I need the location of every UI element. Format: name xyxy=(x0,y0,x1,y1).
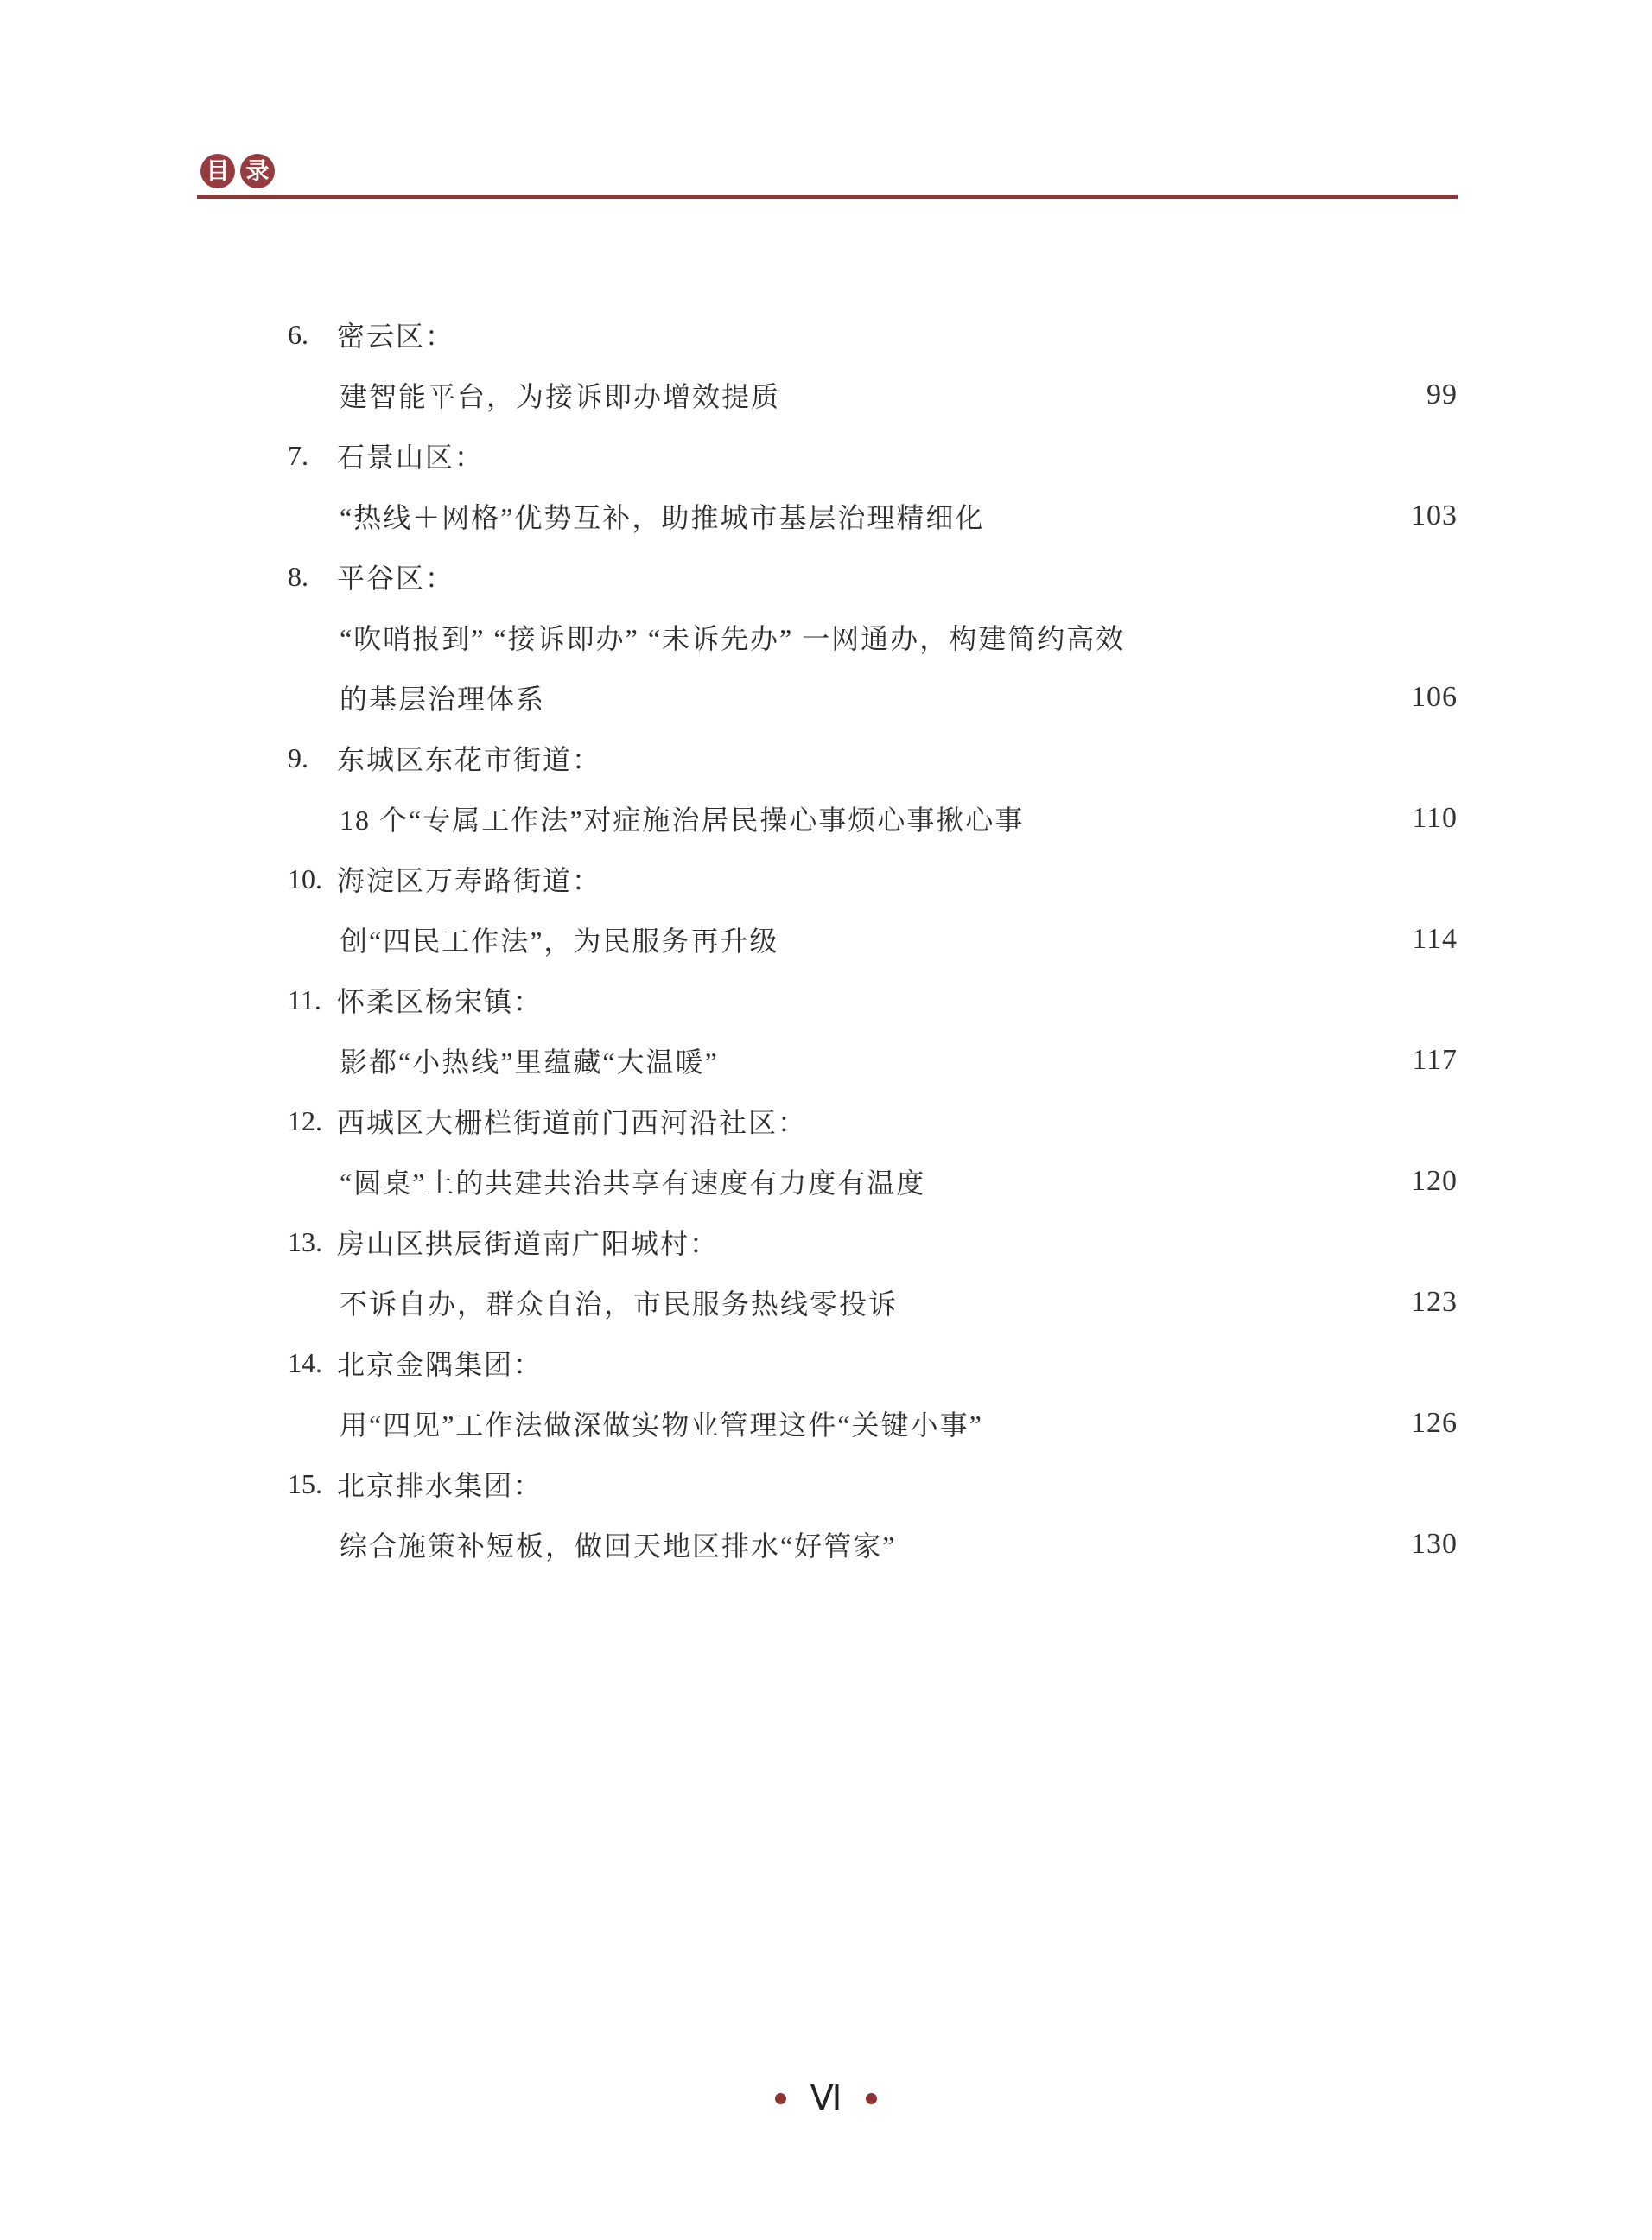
toc-entry-subtitle-row: “圆桌”上的共建共治共享有速度有力度有温度120 xyxy=(288,1151,1458,1212)
entry-page-number: 120 xyxy=(1411,1165,1458,1198)
toc-entry-title-row: 12.西城区大栅栏街道前门西河沿社区： xyxy=(288,1091,1458,1151)
footer-right-dot-icon xyxy=(866,2093,877,2104)
entry-page-number: 114 xyxy=(1412,923,1458,956)
toc-entry-subtitle-row: 18 个“专属工作法”对症施治居民操心事烦心事揪心事110 xyxy=(288,788,1458,849)
toc-entry-subtitle-row: 综合施策补短板，做回天地区排水“好管家”130 xyxy=(288,1514,1458,1575)
entry-number: 9. xyxy=(288,742,337,774)
entry-page-number: 99 xyxy=(1426,379,1458,411)
toc-entry: 12.西城区大栅栏街道前门西河沿社区：“圆桌”上的共建共治共享有速度有力度有温度… xyxy=(288,1091,1458,1212)
toc-entry: 14.北京金隅集团：用“四见”工作法做深做实物业管理这件“关键小事”126 xyxy=(288,1333,1458,1454)
toc-entry-title-row: 8.平谷区： xyxy=(288,546,1458,607)
toc-entry-subtitle-row: 创“四民工作法”，为民服务再升级114 xyxy=(288,909,1458,970)
toc-page: 目 录 6.密云区：建智能平台，为接诉即办增效提质997.石景山区：“热线＋网格… xyxy=(0,0,1652,2240)
toc-entry: 10.海淀区万寿路街道：创“四民工作法”，为民服务再升级114 xyxy=(288,849,1458,970)
entry-number: 8. xyxy=(288,561,337,593)
toc-entry-subtitle-row: 的基层治理体系106 xyxy=(288,667,1458,728)
toc-entry-title-row: 11.怀柔区杨宋镇： xyxy=(288,970,1458,1030)
entry-title: 平谷区： xyxy=(337,557,1458,596)
toc-entry-title-row: 6.密云区： xyxy=(288,304,1458,365)
entry-subtitle: 建智能平台，为接诉即办增效提质 xyxy=(340,375,1426,415)
page-footer: Ⅵ xyxy=(0,2081,1652,2116)
header-rule xyxy=(197,195,1458,199)
footer-left-dot-icon xyxy=(775,2093,786,2104)
toc-entry-title-row: 14.北京金隅集团： xyxy=(288,1333,1458,1393)
toc-entry-title-row: 13.房山区拱辰街道南广阳城村： xyxy=(288,1212,1458,1272)
entry-title: 密云区： xyxy=(337,315,1458,354)
toc-logo-char-2-icon: 录 xyxy=(240,154,275,188)
toc-entry: 15.北京排水集团：综合施策补短板，做回天地区排水“好管家”130 xyxy=(288,1454,1458,1575)
entry-subtitle: 的基层治理体系 xyxy=(340,678,1411,717)
toc-logo: 目 录 xyxy=(200,154,275,188)
entry-page-number: 130 xyxy=(1411,1528,1458,1561)
entry-title: 海淀区万寿路街道： xyxy=(337,859,1458,899)
toc-entry: 7.石景山区：“热线＋网格”优势互补，助推城市基层治理精细化103 xyxy=(288,425,1458,546)
entry-title: 北京排水集团： xyxy=(337,1464,1458,1504)
entry-title: 西城区大栅栏街道前门西河沿社区： xyxy=(337,1101,1458,1141)
entry-number: 13. xyxy=(288,1226,337,1258)
entry-number: 12. xyxy=(288,1105,337,1137)
entry-number: 10. xyxy=(288,863,337,895)
entry-subtitle: 创“四民工作法”，为民服务再升级 xyxy=(340,920,1412,959)
entry-subtitle: 不诉自办，群众自治，市民服务热线零投诉 xyxy=(340,1282,1411,1322)
toc-entry-subtitle-row: “吹哨报到” “接诉即办” “未诉先办” 一网通办，构建简约高效 xyxy=(288,607,1458,667)
entry-subtitle: 影都“小热线”里蕴藏“大温暖” xyxy=(340,1040,1412,1080)
toc-entry-subtitle-row: 建智能平台，为接诉即办增效提质99 xyxy=(288,365,1458,425)
entry-subtitle: 综合施策补短板，做回天地区排水“好管家” xyxy=(340,1524,1411,1564)
toc-entry-title-row: 9.东城区东花市街道： xyxy=(288,728,1458,788)
entry-page-number: 117 xyxy=(1412,1044,1458,1077)
entry-page-number: 123 xyxy=(1411,1286,1458,1319)
toc-logo-char-1-icon: 目 xyxy=(200,154,235,188)
entry-page-number: 126 xyxy=(1411,1407,1458,1440)
entry-title: 东城区东花市街道： xyxy=(337,738,1458,778)
entry-number: 6. xyxy=(288,319,337,351)
entry-number: 7. xyxy=(288,440,337,472)
entry-subtitle: “吹哨报到” “接诉即办” “未诉先办” 一网通办，构建简约高效 xyxy=(340,617,1458,657)
entry-number: 11. xyxy=(288,984,337,1016)
toc-entry-subtitle-row: 影都“小热线”里蕴藏“大温暖”117 xyxy=(288,1030,1458,1091)
toc-entry: 13.房山区拱辰街道南广阳城村：不诉自办，群众自治，市民服务热线零投诉123 xyxy=(288,1212,1458,1333)
toc-entry-title-row: 10.海淀区万寿路街道： xyxy=(288,849,1458,909)
entry-subtitle: “圆桌”上的共建共治共享有速度有力度有温度 xyxy=(340,1161,1411,1201)
entry-subtitle: “热线＋网格”优势互补，助推城市基层治理精细化 xyxy=(340,496,1411,536)
entry-page-number: 103 xyxy=(1411,500,1458,532)
toc-entry-subtitle-row: 用“四见”工作法做深做实物业管理这件“关键小事”126 xyxy=(288,1393,1458,1454)
entry-number: 15. xyxy=(288,1468,337,1500)
entry-page-number: 110 xyxy=(1412,802,1458,835)
entry-subtitle: 用“四见”工作法做深做实物业管理这件“关键小事” xyxy=(340,1403,1411,1443)
entry-number: 14. xyxy=(288,1347,337,1379)
entry-title: 房山区拱辰街道南广阳城村： xyxy=(337,1222,1458,1262)
toc-entry: 8.平谷区：“吹哨报到” “接诉即办” “未诉先办” 一网通办，构建简约高效的基… xyxy=(288,546,1458,728)
toc-entry: 6.密云区：建智能平台，为接诉即办增效提质99 xyxy=(288,304,1458,425)
entry-page-number: 106 xyxy=(1411,681,1458,714)
toc-entry: 9.东城区东花市街道：18 个“专属工作法”对症施治居民操心事烦心事揪心事110 xyxy=(288,728,1458,849)
footer-page-number: Ⅵ xyxy=(810,2081,842,2116)
toc-entry-title-row: 7.石景山区： xyxy=(288,425,1458,486)
entry-title: 北京金隅集团： xyxy=(337,1343,1458,1383)
toc-entry: 11.怀柔区杨宋镇：影都“小热线”里蕴藏“大温暖”117 xyxy=(288,970,1458,1091)
entry-title: 石景山区： xyxy=(337,436,1458,475)
toc-entry-subtitle-row: 不诉自办，群众自治，市民服务热线零投诉123 xyxy=(288,1272,1458,1333)
toc-entry-title-row: 15.北京排水集团： xyxy=(288,1454,1458,1514)
toc-list: 6.密云区：建智能平台，为接诉即办增效提质997.石景山区：“热线＋网格”优势互… xyxy=(288,304,1458,1575)
entry-title: 怀柔区杨宋镇： xyxy=(337,980,1458,1020)
entry-subtitle: 18 个“专属工作法”对症施治居民操心事烦心事揪心事 xyxy=(340,799,1412,838)
toc-entry-subtitle-row: “热线＋网格”优势互补，助推城市基层治理精细化103 xyxy=(288,486,1458,546)
